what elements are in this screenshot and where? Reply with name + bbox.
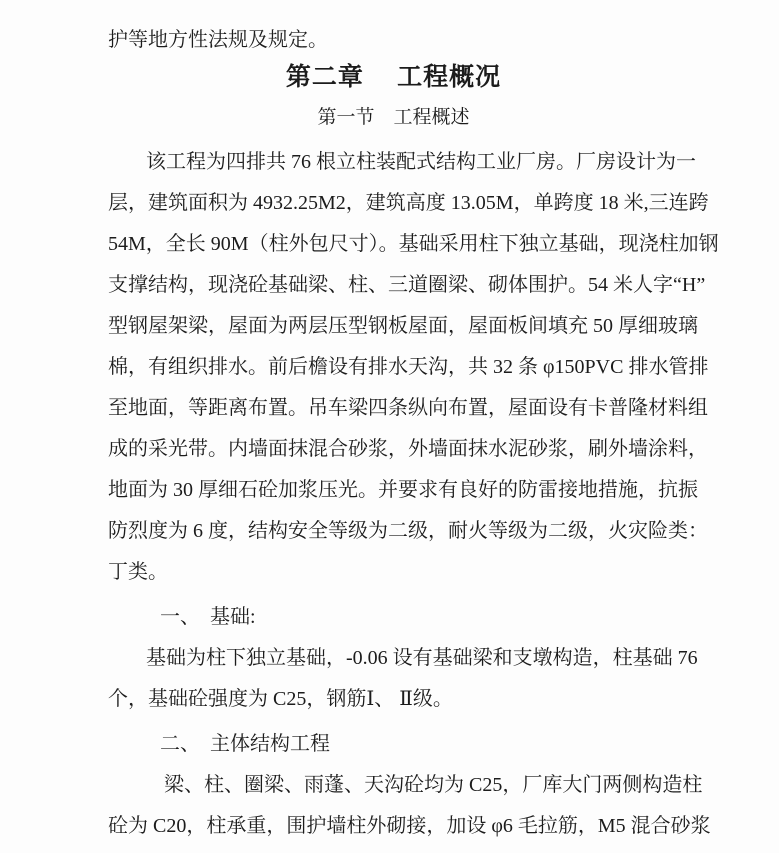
text-line: 层，建筑面积为 4932.25M2，建筑高度 13.05M，单跨度 18 米,三… [108, 183, 679, 224]
text-line: 防烈度为 6 度，结构安全等级为二级，耐火等级为二级，火灾险类： [108, 511, 679, 552]
text-line: 基础为柱下独立基础，-0.06 设有基础梁和支墩构造，柱基础 76 [108, 638, 679, 679]
text-line: 型钢屋架梁，屋面为两层压型钢板屋面，屋面板间填充 50 厚细玻璃 [108, 306, 679, 347]
text-line: 至地面，等距离布置。吊车梁四条纵向布置，屋面设有卡普隆材料组 [108, 388, 679, 429]
overview-paragraph: 该工程为四排共 76 根立柱装配式结构工业厂房。厂房设计为一 层，建筑面积为 4… [108, 142, 679, 593]
list-item-1-heading: 一、 基础: [108, 597, 679, 638]
section-heading: 第一节 工程概述 [108, 100, 679, 136]
text-line: 梁、柱、圈梁、雨蓬、天沟砼均为 C25，厂库大门两侧构造柱 [108, 765, 679, 806]
leading-paragraph-line: 护等地方性法规及规定。 [108, 26, 679, 54]
text-line: 成的采光带。内墙面抹混合砂浆，外墙面抹水泥砂浆，刷外墙涂料， [108, 429, 679, 470]
foundation-paragraph: 基础为柱下独立基础，-0.06 设有基础梁和支墩构造，柱基础 76 个，基础砼强… [108, 638, 679, 720]
main-structure-paragraph: 梁、柱、圈梁、雨蓬、天沟砼均为 C25，厂库大门两侧构造柱 砼为 C20，柱承重… [108, 765, 679, 847]
text-line: 该工程为四排共 76 根立柱装配式结构工业厂房。厂房设计为一 [108, 142, 679, 183]
text-line: 支撑结构，现浇砼基础梁、柱、三道圈梁、砌体围护。54 米人字“H” [108, 265, 679, 306]
list-item-2-heading: 二、 主体结构工程 [108, 724, 679, 765]
text-line: 棉，有组织排水。前后檐设有排水天沟，共 32 条 φ150PVC 排水管排 [108, 347, 679, 388]
text-line: 丁类。 [108, 552, 679, 593]
text-line: 个，基础砼强度为 C25，钢筋Ⅰ、 Ⅱ级。 [108, 679, 679, 720]
text-line: 地面为 30 厚细石砼加浆压光。并要求有良好的防雷接地措施，抗振 [108, 470, 679, 511]
document-page: 护等地方性法规及规定。 第二章 工程概况 第一节 工程概述 该工程为四排共 76… [0, 0, 779, 853]
chapter-heading: 第二章 工程概况 [108, 56, 679, 100]
text-line: 54M，全长 90M（柱外包尺寸）。基础采用柱下独立基础，现浇柱加钢 [108, 224, 679, 265]
text-line: 砼为 C20，柱承重，围护墙柱外砌接，加设 φ6 毛拉筋，M5 混合砂浆 [108, 806, 679, 847]
